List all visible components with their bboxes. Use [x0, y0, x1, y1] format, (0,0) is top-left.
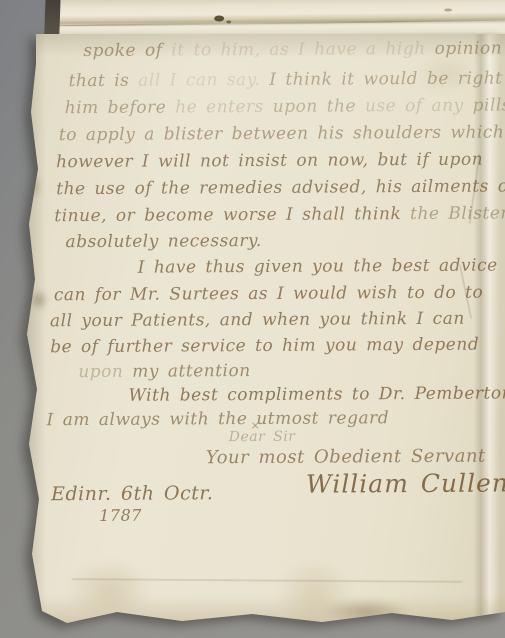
handwriting-segment: Edinr. 6th Octr. [51, 482, 213, 505]
handwriting-segment: spoke of [83, 40, 171, 61]
handwriting-segment: the Blister [410, 203, 505, 224]
handwriting-segment: With best compliments to Dr. Pemberton [128, 383, 505, 405]
handwriting-segment: Your most Obedient Servant [206, 446, 486, 469]
handwriting-segment: him before [65, 97, 176, 118]
letter-line: all your Patients, and when you think I … [50, 309, 465, 332]
handwriting-segment: to apply a blister between his shoulders… [59, 122, 505, 145]
handwriting-segment: I have thus given you the best advice [138, 256, 498, 278]
handwriting-segment: I am always with the utmost regard [47, 408, 390, 430]
letter-line: be of further service to him you may dep… [50, 335, 479, 358]
dateline-place: Edinr. 6th Octr. [51, 482, 213, 505]
handwriting-segment: pills [473, 95, 505, 115]
letter-line: spoke of it to him, as I have a high opi… [83, 38, 505, 61]
handwriting-segment: all your Patients, and when you think I … [50, 309, 465, 332]
signature: William Cullen [306, 468, 505, 498]
handwriting-segment: my attention [132, 361, 251, 382]
handwriting-segment: I [498, 255, 505, 275]
handwriting-segment: he enters [175, 97, 273, 118]
handwriting-segment: use of any [365, 96, 473, 117]
letter-line: tinue, or become worse I shall think the… [54, 203, 505, 226]
dateline-year: 1787 [99, 506, 142, 525]
letter-line: can for Mr. Surtees as I would wish to d… [54, 283, 483, 306]
letter-line: Your most Obedient Servant [206, 446, 486, 469]
letter-line: the use of the remedies advised, his ail… [56, 176, 505, 199]
handwriting-segment: I think it would be right for [269, 68, 505, 90]
handwriting-segment: that is [68, 71, 138, 91]
handwriting-segment: 1787 [99, 506, 142, 525]
handwriting-segment: however I will not insist on now, but if… [56, 150, 483, 173]
letter-line: him before he enters upon the use of any… [65, 95, 505, 118]
handwriting-segment: it to him, as I have a high [171, 39, 434, 61]
handwriting-segment: opinion of it, and [434, 38, 505, 59]
letter-line: I am always with the utmost regard [47, 408, 390, 430]
photograph-of-letter: spoke of it to him, as I have a high opi… [0, 0, 505, 638]
handwriting-segment: upon the [273, 96, 365, 117]
handwriting-segment: upon [78, 362, 132, 382]
letter-line: absolutely necessary. [65, 231, 261, 252]
letter-line: I have thus given you the best advice I [138, 255, 505, 277]
handwriting-segment: all I can say. [138, 70, 269, 91]
handwriting-segment: William Cullen [306, 468, 505, 498]
letter-line: to apply a blister between his shoulders… [59, 122, 505, 145]
letter-line: Dear Sir [229, 429, 296, 445]
letter-lines: spoke of it to him, as I have a high opi… [0, 0, 505, 638]
letter-line: however I will not insist on now, but if… [56, 150, 483, 173]
handwriting-segment: Dear Sir [229, 429, 296, 445]
handwriting-segment: can for Mr. Surtees as I would wish to d… [54, 283, 483, 306]
handwriting-segment: the use of the remedies advised, his ail… [56, 176, 505, 199]
handwriting-segment: tinue, or become worse I shall think [54, 204, 410, 226]
letter-line: upon my attention [78, 361, 250, 382]
handwriting-segment: absolutely necessary. [65, 231, 261, 252]
letter-line: that is all I can say. I think it would … [68, 68, 505, 91]
handwriting-segment: be of further service to him you may dep… [50, 335, 479, 358]
letter-line: With best compliments to Dr. Pemberton [128, 383, 505, 405]
